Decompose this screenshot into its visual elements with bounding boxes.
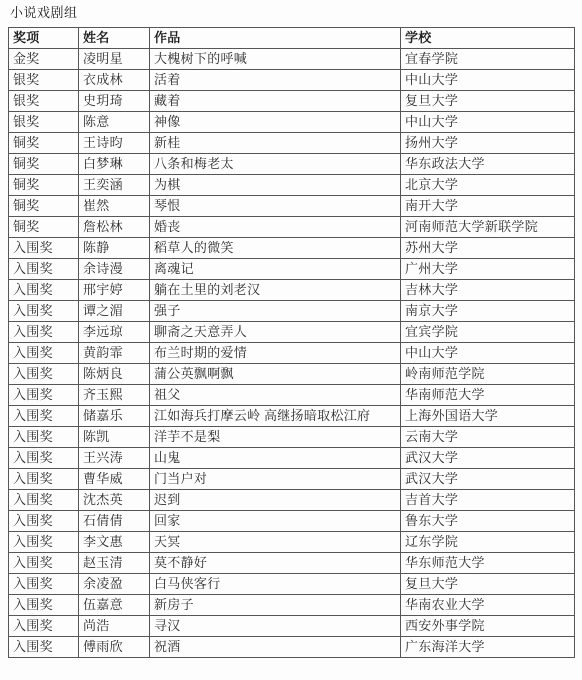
school-cell: 华东师范大学 <box>401 553 575 574</box>
award-cell: 入围奖 <box>9 364 79 385</box>
table-row: 铜奖崔然琴恨南开大学 <box>9 196 575 217</box>
table-row: 银奖陈意神像中山大学 <box>9 112 575 133</box>
award-cell: 银奖 <box>9 70 79 91</box>
school-cell: 吉林大学 <box>401 280 575 301</box>
work-cell: 天冥 <box>150 532 401 553</box>
school-cell: 华东政法大学 <box>401 154 575 175</box>
work-cell: 山鬼 <box>150 448 401 469</box>
name-cell: 伍嘉意 <box>79 595 150 616</box>
column-header-name: 姓名 <box>79 28 150 49</box>
table-row: 入围奖陈凯洋芋不是梨云南大学 <box>9 427 575 448</box>
school-cell: 河南师范大学新联学院 <box>401 217 575 238</box>
document-page: 小说戏剧组 奖项姓名作品学校 金奖凌明星大槐树下的呼喊宜春学院银奖衣成林活着中山… <box>0 0 582 680</box>
school-cell: 中山大学 <box>401 343 575 364</box>
work-cell: 聊斋之天意弄人 <box>150 322 401 343</box>
work-cell: 祖父 <box>150 385 401 406</box>
name-cell: 储嘉乐 <box>79 406 150 427</box>
table-row: 入围奖储嘉乐江如海兵打摩云岭 高继扬暗取松江府上海外国语大学 <box>9 406 575 427</box>
table-row: 入围奖王兴涛山鬼武汉大学 <box>9 448 575 469</box>
school-cell: 武汉大学 <box>401 448 575 469</box>
work-cell: 活着 <box>150 70 401 91</box>
table-row: 入围奖伍嘉意新房子华南农业大学 <box>9 595 575 616</box>
work-cell: 离魂记 <box>150 259 401 280</box>
award-cell: 入围奖 <box>9 637 79 658</box>
school-cell: 宜宾学院 <box>401 322 575 343</box>
name-cell: 尚浩 <box>79 616 150 637</box>
work-cell: 为棋 <box>150 175 401 196</box>
award-cell: 金奖 <box>9 49 79 70</box>
table-row: 入围奖邢宇婷躺在土里的刘老汉吉林大学 <box>9 280 575 301</box>
work-cell: 琴恨 <box>150 196 401 217</box>
award-cell: 入围奖 <box>9 469 79 490</box>
school-cell: 复旦大学 <box>401 91 575 112</box>
award-cell: 入围奖 <box>9 259 79 280</box>
table-row: 入围奖黄韵霏布兰时期的爱情中山大学 <box>9 343 575 364</box>
work-cell: 新桂 <box>150 133 401 154</box>
table-row: 入围奖曹华威门当户对武汉大学 <box>9 469 575 490</box>
award-cell: 入围奖 <box>9 532 79 553</box>
work-cell: 布兰时期的爱情 <box>150 343 401 364</box>
school-cell: 广东海洋大学 <box>401 637 575 658</box>
table-row: 铜奖王奕涵为棋北京大学 <box>9 175 575 196</box>
work-cell: 门当户对 <box>150 469 401 490</box>
award-cell: 入围奖 <box>9 427 79 448</box>
award-cell: 入围奖 <box>9 238 79 259</box>
name-cell: 王奕涵 <box>79 175 150 196</box>
table-row: 入围奖赵玉清莫不静好华东师范大学 <box>9 553 575 574</box>
column-header-school: 学校 <box>401 28 575 49</box>
name-cell: 邢宇婷 <box>79 280 150 301</box>
award-cell: 入围奖 <box>9 385 79 406</box>
name-cell: 余凌盈 <box>79 574 150 595</box>
award-cell: 入围奖 <box>9 511 79 532</box>
school-cell: 宜春学院 <box>401 49 575 70</box>
name-cell: 崔然 <box>79 196 150 217</box>
name-cell: 沈杰英 <box>79 490 150 511</box>
name-cell: 谭之湄 <box>79 301 150 322</box>
award-cell: 铜奖 <box>9 217 79 238</box>
table-row: 入围奖齐玉熙祖父华南师范大学 <box>9 385 575 406</box>
name-cell: 傅雨欣 <box>79 637 150 658</box>
table-row: 入围奖尚浩寻汉西安外事学院 <box>9 616 575 637</box>
award-cell: 入围奖 <box>9 301 79 322</box>
school-cell: 扬州大学 <box>401 133 575 154</box>
award-cell: 入围奖 <box>9 553 79 574</box>
table-row: 入围奖陈炳良蒲公英飘啊飘岭南师范学院 <box>9 364 575 385</box>
table-row: 铜奖詹松林婚丧河南师范大学新联学院 <box>9 217 575 238</box>
award-cell: 铜奖 <box>9 175 79 196</box>
name-cell: 凌明星 <box>79 49 150 70</box>
school-cell: 云南大学 <box>401 427 575 448</box>
name-cell: 王诗昀 <box>79 133 150 154</box>
table-row: 银奖衣成林活着中山大学 <box>9 70 575 91</box>
awards-table: 奖项姓名作品学校 金奖凌明星大槐树下的呼喊宜春学院银奖衣成林活着中山大学银奖史玥… <box>8 27 575 658</box>
table-row: 入围奖沈杰英迟到吉首大学 <box>9 490 575 511</box>
work-cell: 迟到 <box>150 490 401 511</box>
name-cell: 詹松林 <box>79 217 150 238</box>
name-cell: 陈凯 <box>79 427 150 448</box>
work-cell: 大槐树下的呼喊 <box>150 49 401 70</box>
name-cell: 李文惠 <box>79 532 150 553</box>
school-cell: 武汉大学 <box>401 469 575 490</box>
name-cell: 李远琼 <box>79 322 150 343</box>
table-row: 金奖凌明星大槐树下的呼喊宜春学院 <box>9 49 575 70</box>
name-cell: 衣成林 <box>79 70 150 91</box>
table-row: 入围奖余凌盈白马侠客行复旦大学 <box>9 574 575 595</box>
table-row: 入围奖李文惠天冥辽东学院 <box>9 532 575 553</box>
award-cell: 入围奖 <box>9 616 79 637</box>
table-row: 入围奖石倩倩回家鲁东大学 <box>9 511 575 532</box>
school-cell: 华南师范大学 <box>401 385 575 406</box>
name-cell: 白梦琳 <box>79 154 150 175</box>
column-header-work: 作品 <box>150 28 401 49</box>
work-cell: 蒲公英飘啊飘 <box>150 364 401 385</box>
work-cell: 神像 <box>150 112 401 133</box>
work-cell: 莫不静好 <box>150 553 401 574</box>
work-cell: 白马侠客行 <box>150 574 401 595</box>
work-cell: 强子 <box>150 301 401 322</box>
school-cell: 广州大学 <box>401 259 575 280</box>
name-cell: 曹华威 <box>79 469 150 490</box>
column-header-award: 奖项 <box>9 28 79 49</box>
table-row: 入围奖谭之湄强子南京大学 <box>9 301 575 322</box>
name-cell: 赵玉清 <box>79 553 150 574</box>
school-cell: 南开大学 <box>401 196 575 217</box>
name-cell: 王兴涛 <box>79 448 150 469</box>
name-cell: 余诗漫 <box>79 259 150 280</box>
award-cell: 银奖 <box>9 91 79 112</box>
award-cell: 入围奖 <box>9 406 79 427</box>
work-cell: 祝酒 <box>150 637 401 658</box>
school-cell: 吉首大学 <box>401 490 575 511</box>
school-cell: 中山大学 <box>401 70 575 91</box>
table-row: 入围奖陈静稻草人的微笑苏州大学 <box>9 238 575 259</box>
work-cell: 躺在土里的刘老汉 <box>150 280 401 301</box>
work-cell: 稻草人的微笑 <box>150 238 401 259</box>
school-cell: 辽东学院 <box>401 532 575 553</box>
school-cell: 岭南师范学院 <box>401 364 575 385</box>
school-cell: 上海外国语大学 <box>401 406 575 427</box>
award-cell: 铜奖 <box>9 154 79 175</box>
work-cell: 新房子 <box>150 595 401 616</box>
school-cell: 复旦大学 <box>401 574 575 595</box>
award-cell: 铜奖 <box>9 133 79 154</box>
school-cell: 华南农业大学 <box>401 595 575 616</box>
work-cell: 洋芋不是梨 <box>150 427 401 448</box>
table-row: 银奖史玥琦藏着复旦大学 <box>9 91 575 112</box>
table-body: 金奖凌明星大槐树下的呼喊宜春学院银奖衣成林活着中山大学银奖史玥琦藏着复旦大学银奖… <box>9 49 575 658</box>
award-cell: 入围奖 <box>9 343 79 364</box>
name-cell: 陈意 <box>79 112 150 133</box>
award-cell: 银奖 <box>9 112 79 133</box>
work-cell: 江如海兵打摩云岭 高继扬暗取松江府 <box>150 406 401 427</box>
award-cell: 铜奖 <box>9 196 79 217</box>
award-cell: 入围奖 <box>9 280 79 301</box>
school-cell: 苏州大学 <box>401 238 575 259</box>
page-title: 小说戏剧组 <box>10 5 574 21</box>
table-row: 入围奖傅雨欣祝酒广东海洋大学 <box>9 637 575 658</box>
table-row: 入围奖余诗漫离魂记广州大学 <box>9 259 575 280</box>
work-cell: 寻汉 <box>150 616 401 637</box>
award-cell: 入围奖 <box>9 490 79 511</box>
work-cell: 藏着 <box>150 91 401 112</box>
table-row: 入围奖李远琼聊斋之天意弄人宜宾学院 <box>9 322 575 343</box>
table-header-row: 奖项姓名作品学校 <box>9 28 575 49</box>
name-cell: 石倩倩 <box>79 511 150 532</box>
name-cell: 史玥琦 <box>79 91 150 112</box>
school-cell: 鲁东大学 <box>401 511 575 532</box>
name-cell: 齐玉熙 <box>79 385 150 406</box>
award-cell: 入围奖 <box>9 595 79 616</box>
name-cell: 陈炳良 <box>79 364 150 385</box>
table-header: 奖项姓名作品学校 <box>9 28 575 49</box>
school-cell: 南京大学 <box>401 301 575 322</box>
table-row: 铜奖白梦琳八条和梅老太华东政法大学 <box>9 154 575 175</box>
name-cell: 黄韵霏 <box>79 343 150 364</box>
award-cell: 入围奖 <box>9 322 79 343</box>
award-cell: 入围奖 <box>9 574 79 595</box>
school-cell: 中山大学 <box>401 112 575 133</box>
school-cell: 西安外事学院 <box>401 616 575 637</box>
table-row: 铜奖王诗昀新桂扬州大学 <box>9 133 575 154</box>
work-cell: 八条和梅老太 <box>150 154 401 175</box>
school-cell: 北京大学 <box>401 175 575 196</box>
work-cell: 婚丧 <box>150 217 401 238</box>
award-cell: 入围奖 <box>9 448 79 469</box>
name-cell: 陈静 <box>79 238 150 259</box>
work-cell: 回家 <box>150 511 401 532</box>
